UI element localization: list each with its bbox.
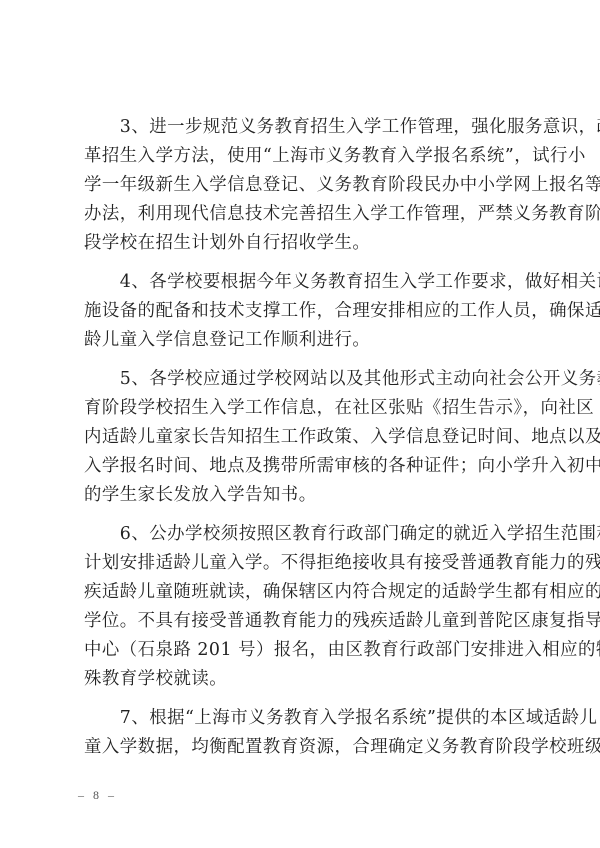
paragraph-spacing — [84, 355, 524, 365]
text-line: 革招生入学方法，使用“上海市义务教育入学报名系统”，试行小 — [84, 142, 524, 171]
text-line: 4、各学校要根据今年义务教育招生入学工作要求，做好相关设 — [84, 268, 524, 297]
text-line: 中心（石泉路 201 号）报名，由区教育行政部门安排进入相应的特 — [84, 636, 524, 665]
paragraph-item-7: 7、根据“上海市义务教育入学报名系统”提供的本区域适龄儿 童入学数据，均衡配置教… — [84, 704, 524, 762]
text-line: 内适龄儿童家长告知招生工作政策、入学信息登记时间、地点以及 — [84, 423, 524, 452]
paragraph-spacing — [84, 510, 524, 520]
text-line: 3、进一步规范义务教育招生入学工作管理，强化服务意识，改 — [84, 113, 524, 142]
paragraph-item-6: 6、公办学校须按照区教育行政部门确定的就近入学招生范围和 计划安排适龄儿童入学。… — [84, 520, 524, 694]
text-line: 段学校在招生计划外自行招收学生。 — [84, 229, 524, 258]
text-line: 育阶段学校招生入学工作信息，在社区张贴《招生告示》，向社区 — [84, 394, 524, 423]
paragraph-item-4: 4、各学校要根据今年义务教育招生入学工作要求，做好相关设 施设备的配备和技术支撑… — [84, 268, 524, 355]
text-line: 办法，利用现代信息技术完善招生入学工作管理，严禁义务教育阶 — [84, 200, 524, 229]
text-line: 童入学数据，均衡配置教育资源，合理确定义务教育阶段学校班级 — [84, 733, 524, 762]
page-number: – 8 – — [78, 788, 117, 803]
text-line: 龄儿童入学信息登记工作顺利进行。 — [84, 326, 524, 355]
paragraph-item-5: 5、各学校应通过学校网站以及其他形式主动向社会公开义务教 育阶段学校招生入学工作… — [84, 365, 524, 510]
text-line: 7、根据“上海市义务教育入学报名系统”提供的本区域适龄儿 — [84, 704, 524, 733]
text-line: 学一年级新生入学信息登记、义务教育阶段民办中小学网上报名等 — [84, 171, 524, 200]
text-line: 5、各学校应通过学校网站以及其他形式主动向社会公开义务教 — [84, 365, 524, 394]
paragraph-spacing — [84, 258, 524, 268]
paragraph-spacing — [84, 694, 524, 704]
text-line: 学位。不具有接受普通教育能力的残疾适龄儿童到普陀区康复指导 — [84, 607, 524, 636]
text-line: 疾适龄儿童随班就读，确保辖区内符合规定的适龄学生都有相应的 — [84, 578, 524, 607]
text-line: 6、公办学校须按照区教育行政部门确定的就近入学招生范围和 — [84, 520, 524, 549]
text-line: 施设备的配备和技术支撑工作，合理安排相应的工作人员，确保适 — [84, 297, 524, 326]
text-line: 计划安排适龄儿童入学。不得拒绝接收具有接受普通教育能力的残 — [84, 549, 524, 578]
text-line: 入学报名时间、地点及携带所需审核的各种证件；向小学升入初中 — [84, 452, 524, 481]
document-body: 3、进一步规范义务教育招生入学工作管理，强化服务意识，改 革招生入学方法，使用“… — [84, 113, 524, 762]
text-line: 的学生家长发放入学告知书。 — [84, 481, 524, 510]
paragraph-item-3: 3、进一步规范义务教育招生入学工作管理，强化服务意识，改 革招生入学方法，使用“… — [84, 113, 524, 258]
text-line: 殊教育学校就读。 — [84, 665, 524, 694]
